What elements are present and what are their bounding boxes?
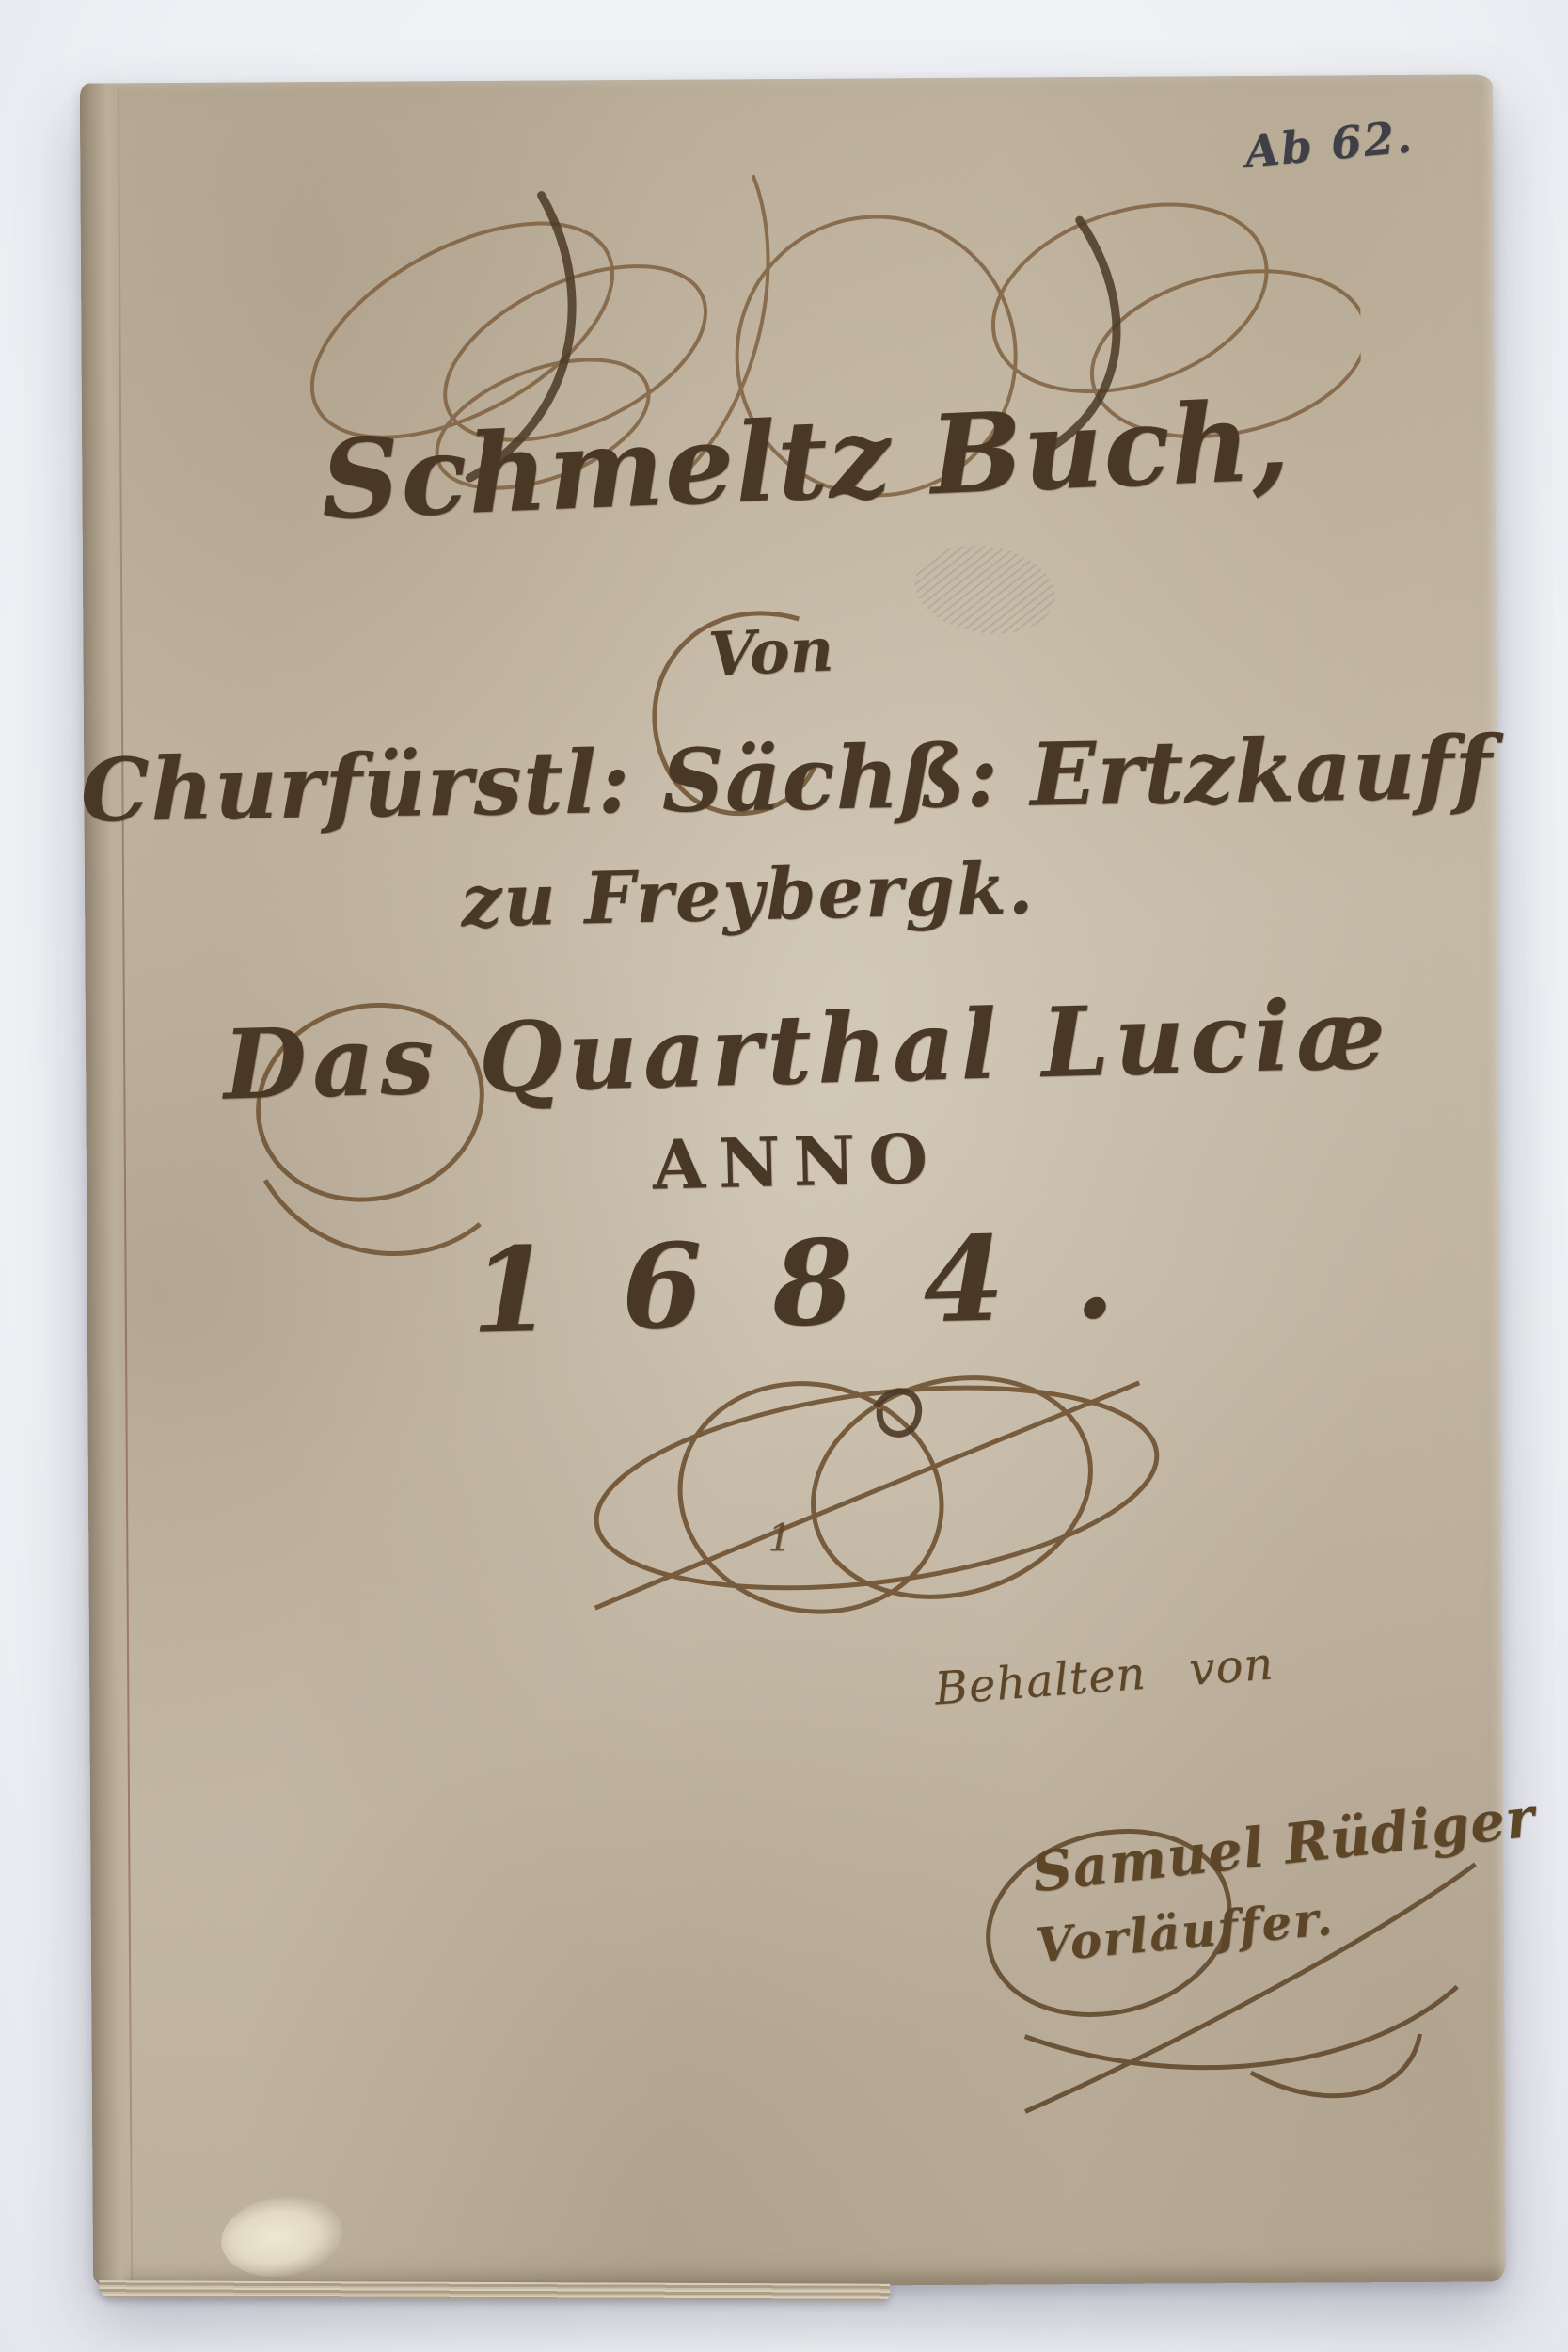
photo-stage: Ab 62. Schmeltz Buch, Von Churfürstl: Sä…	[0, 0, 1568, 2352]
page-mark: 1	[768, 1517, 792, 1560]
flourish-knot	[479, 1352, 1267, 1635]
book-cover: Ab 62. Schmeltz Buch, Von Churfürstl: Sä…	[80, 74, 1506, 2290]
title-anno: ANNO	[652, 1118, 942, 1204]
title-von: Von	[707, 614, 835, 690]
title-year-1684: 1684.	[469, 1207, 1186, 1360]
title-zu-freybergk: zu Freybergk.	[460, 846, 1036, 943]
